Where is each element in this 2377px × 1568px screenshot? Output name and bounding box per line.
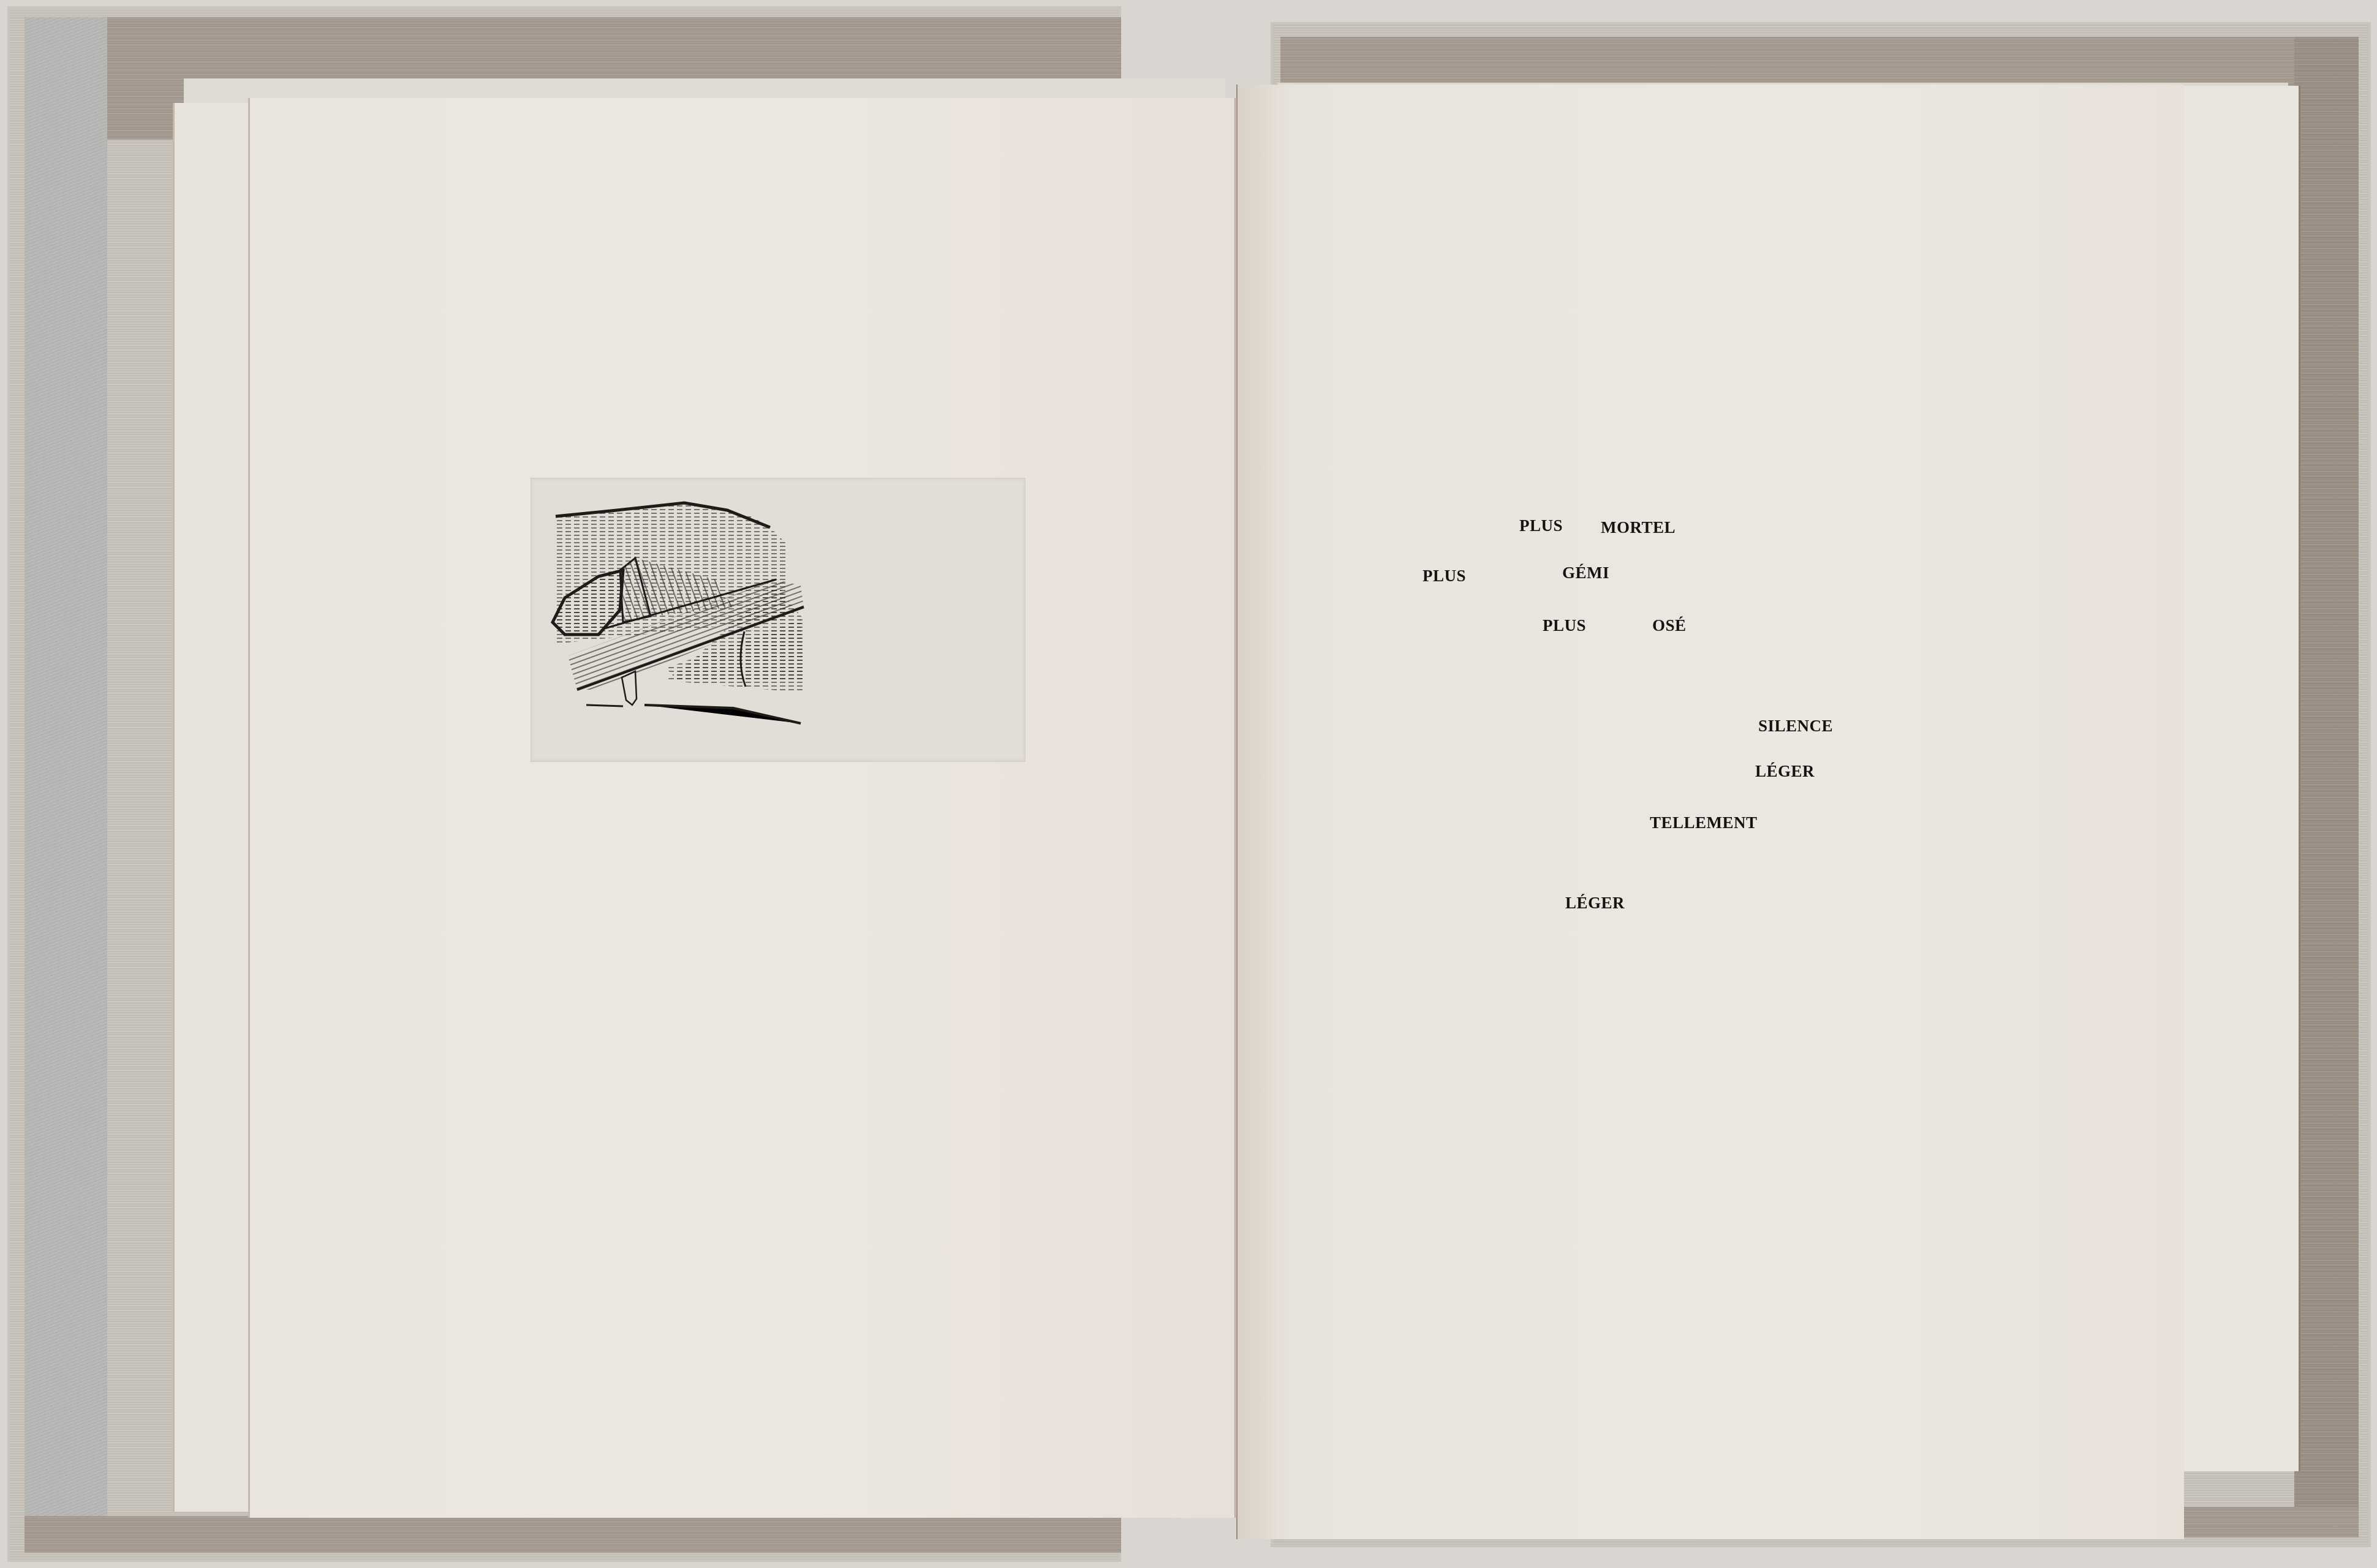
poem-word: PLUS: [1423, 567, 1466, 586]
poem-word: TELLEMENT: [1650, 813, 1758, 832]
left-box-inner-bottom-wall: [25, 1516, 1121, 1553]
poem-word: LÉGER: [1565, 894, 1625, 913]
poem-word: MORTEL: [1601, 518, 1676, 537]
right-box-inner-right-wall: [2294, 37, 2359, 1531]
etching-image: [531, 478, 1025, 761]
poem-word: PLUS: [1543, 616, 1586, 635]
poem-word: PLUS: [1519, 516, 1563, 535]
poem-word: SILENCE: [1758, 717, 1833, 736]
etching-plate: [531, 478, 1026, 762]
left-box-inner-left-wall: [25, 17, 107, 1548]
poem-word: OSÉ: [1652, 616, 1687, 635]
poem-word: LÉGER: [1755, 762, 1815, 781]
right-page: [1238, 85, 2184, 1539]
poem-word: GÉMI: [1562, 563, 1609, 582]
left-page: [248, 98, 1234, 1518]
right-page-underlying-sheet: [2169, 86, 2300, 1471]
